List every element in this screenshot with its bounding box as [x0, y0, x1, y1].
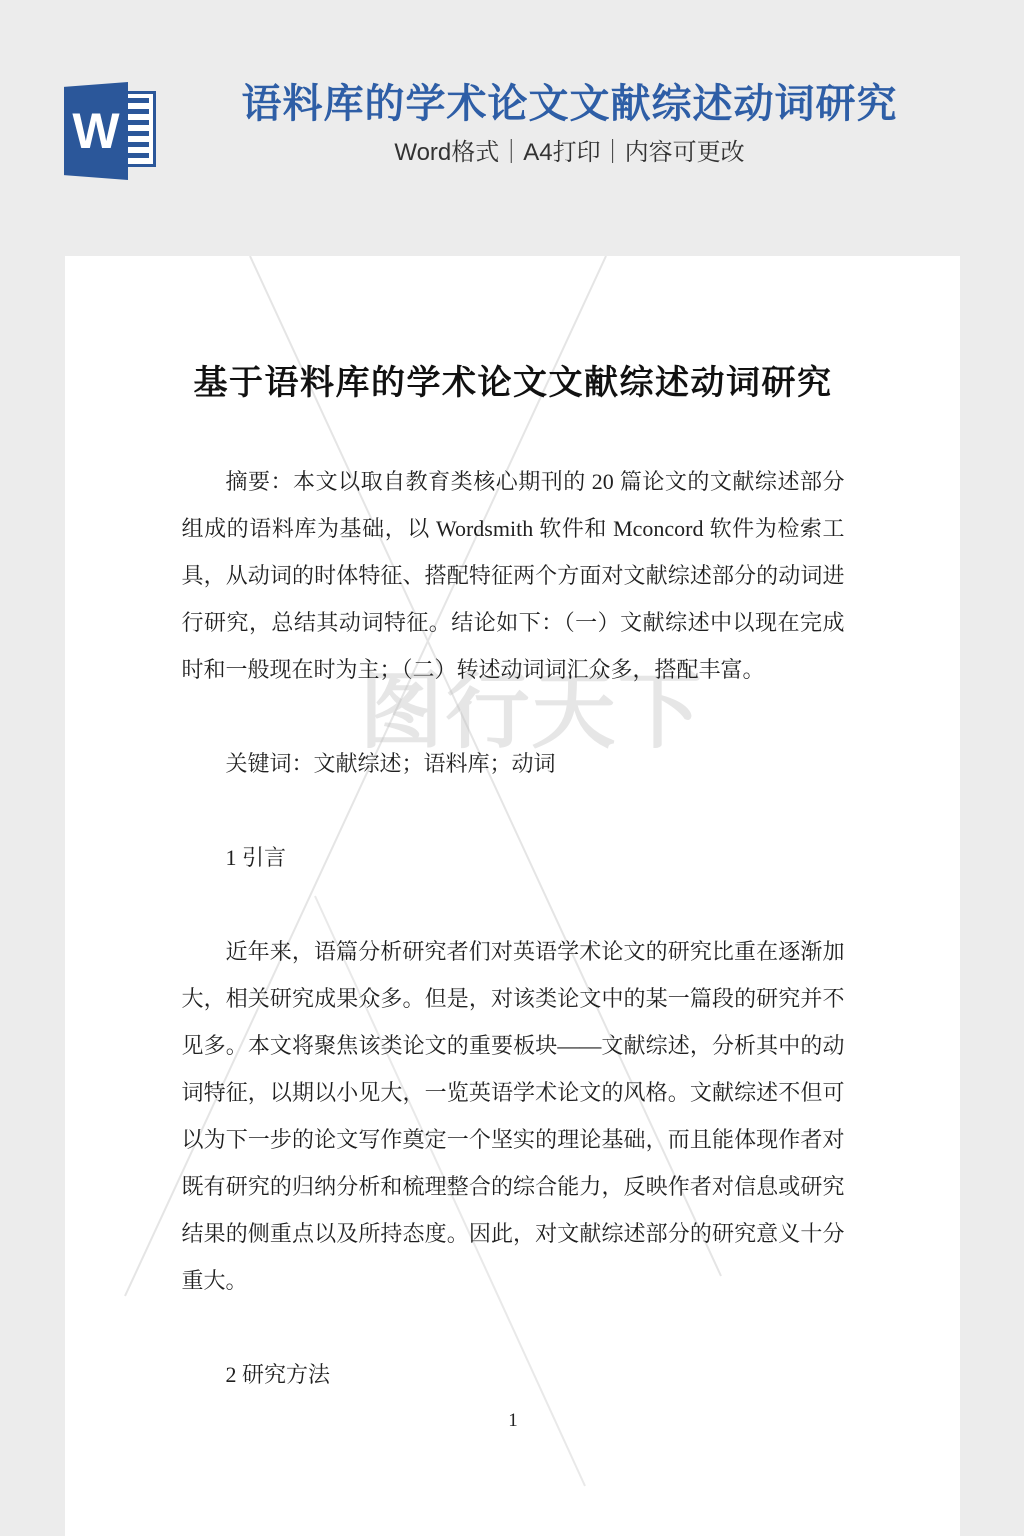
template-header: W 语料库的学术论文文献综述动词研究 Word格式｜A4打印｜内容可更改 [64, 80, 960, 188]
page-number: 1 [182, 1406, 845, 1436]
word-icon-text-lines [125, 98, 149, 160]
word-icon-w-panel: W [64, 82, 128, 180]
section-heading-methods: 2 研究方法 [182, 1351, 845, 1398]
header-titles: 语料库的学术论文文献综述动词研究 Word格式｜A4打印｜内容可更改 [179, 80, 960, 168]
section-heading-introduction: 1 引言 [182, 834, 845, 881]
document-content: 基于语料库的学术论文文献综述动词研究 摘要：本文以取自教育类核心期刊的 20 篇… [182, 362, 845, 1436]
word-icon: W [64, 82, 164, 182]
keywords-line: 关键词：文献综述；语料库；动词 [182, 740, 845, 787]
word-icon-letter: W [72, 102, 119, 160]
template-format-info: Word格式｜A4打印｜内容可更改 [179, 138, 960, 168]
document-page: 图行天下 基于语料库的学术论文文献综述动词研究 摘要：本文以取自教育类核心期刊的… [65, 256, 960, 1536]
introduction-paragraph: 近年来，语篇分析研究者们对英语学术论文的研究比重在逐渐加大，相关研究成果众多。但… [182, 928, 845, 1304]
document-title: 基于语料库的学术论文文献综述动词研究 [182, 362, 845, 406]
template-title: 语料库的学术论文文献综述动词研究 [179, 80, 960, 128]
abstract-paragraph: 摘要：本文以取自教育类核心期刊的 20 篇论文的文献综述部分组成的语料库为基础，… [182, 458, 845, 693]
